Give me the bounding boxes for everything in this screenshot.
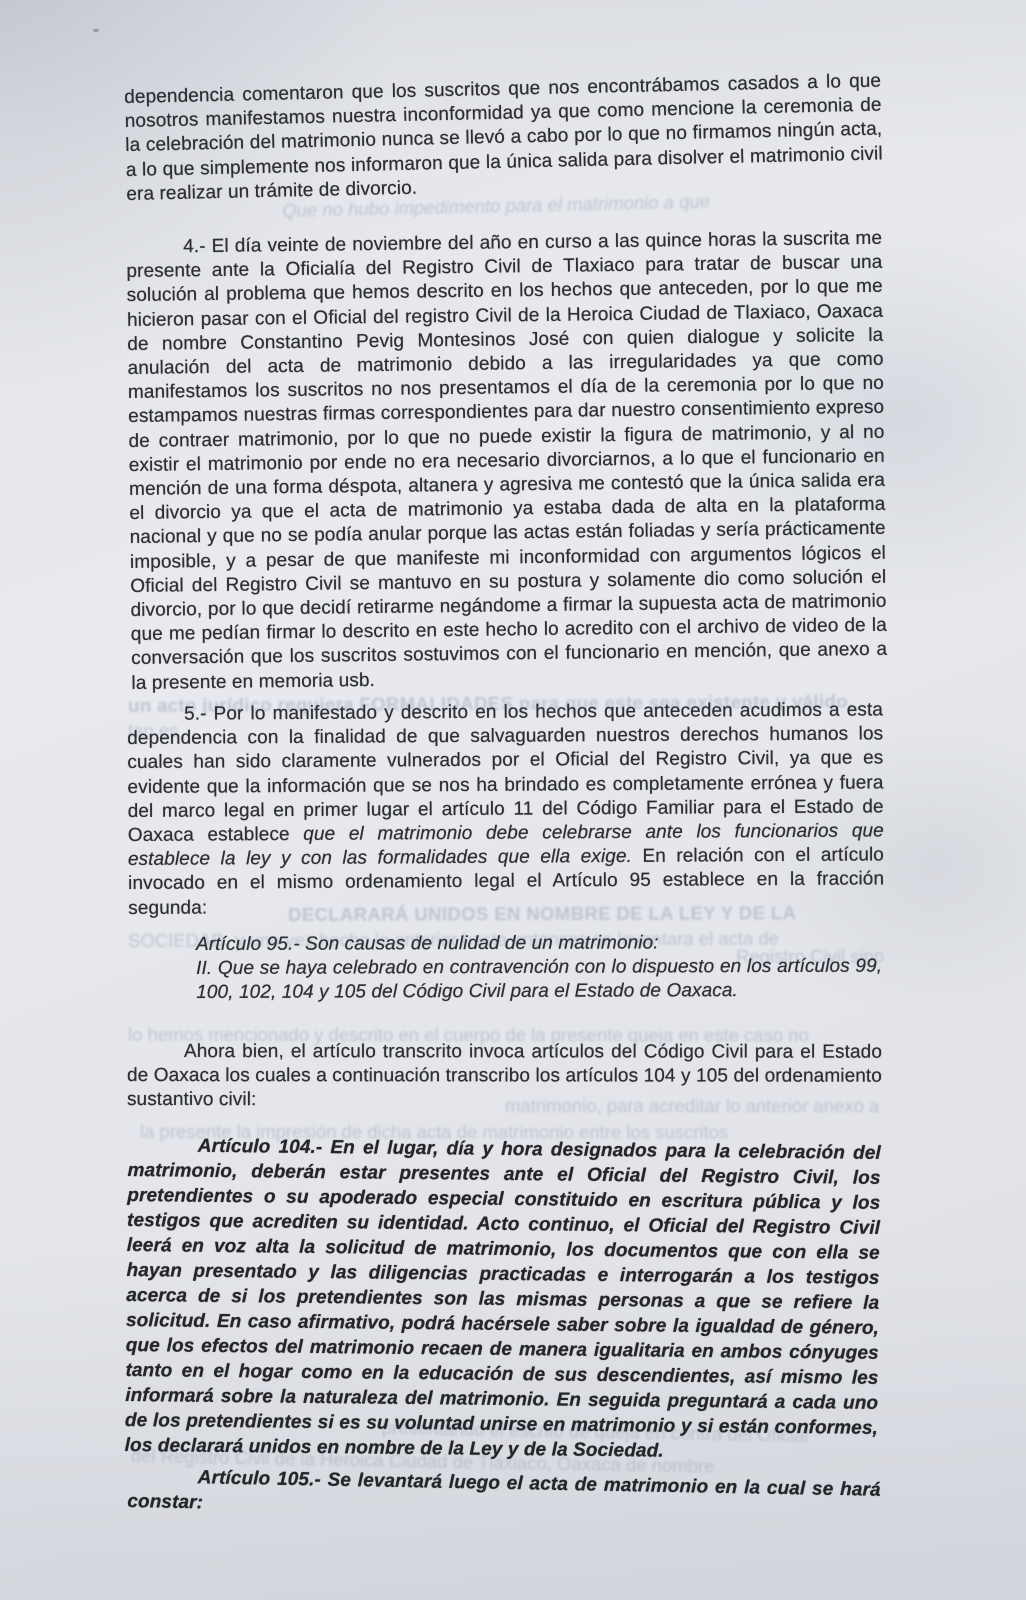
article-95-quote: Artículo 95.- Son causas de nulidad de u… (196, 931, 882, 1006)
paragraph-ahora-bien: Ahora bien, el artículo transcrito invoc… (127, 1040, 882, 1113)
scanned-document-page: Que no hubo impedimento para el matrimon… (0, 0, 1026, 1600)
paper-speck (93, 29, 99, 32)
article-95-heading-line: Artículo 95.- Son causas de nulidad de u… (196, 931, 882, 958)
article-105-transcription: Artículo 105.- Se levantará luego el act… (127, 1464, 881, 1528)
article-104-transcription: Artículo 104.- En el lugar, día y hora d… (125, 1133, 881, 1466)
paragraph-5: 5.- Por lo manifestado y descrito en los… (127, 698, 884, 920)
article-95-fraction-line: II. Que se haya celebrado en contravenci… (196, 955, 882, 1006)
paragraph-continuation: dependencia comentaron que los suscritos… (124, 69, 883, 207)
paragraph-4: 4.- El día veinte de noviembre del año e… (126, 227, 888, 696)
